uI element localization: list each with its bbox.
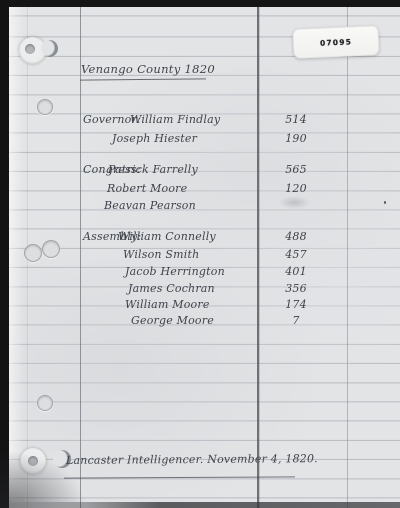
vote-count: 120 [272,182,320,195]
candidate-name: George Moore [131,314,214,327]
punch-hole-crescent-top [41,40,58,57]
vote-count: 457 [272,248,320,261]
entry-row: Assembly:William Connelly488 [0,230,400,249]
vote-count: 401 [272,265,320,278]
candidate-name: Jacob Herrington [125,265,225,278]
candidate-name: William Connelly [118,230,216,243]
scanned-ledger-page: Venango County 1820 Governor:William Fin… [0,0,400,508]
entry-row: Joseph Hiester190 [0,132,400,151]
erased-value-smudge [279,196,310,209]
page-title: Venango County 1820 [81,62,215,76]
candidate-name: Robert Moore [107,182,187,195]
candidate-name: Wilson Smith [123,248,199,261]
vote-count: 190 [272,132,320,145]
corner-shadow [0,448,90,508]
vote-count: 7 [272,314,320,327]
punch-hole-top [25,44,35,54]
candidate-name: Patrick Farrelly [108,163,198,176]
vote-count: 356 [272,282,320,295]
candidate-name: James Cochran [128,282,215,295]
punch-hole-4 [37,395,53,411]
candidate-name: Joseph Hiester [112,132,197,145]
entry-row: Congress:Patrick Farrelly565 [0,163,400,182]
entry-row: Wilson Smith457 [0,248,400,267]
vote-count: 565 [272,163,320,176]
scan-edge-top [0,0,400,7]
vote-count: 514 [272,113,320,126]
vote-count: 174 [272,298,320,311]
candidate-name: William Findlay [130,113,220,126]
catalog-sticker: 07095 [292,25,379,59]
candidate-name: Beavan Pearson [104,199,196,212]
entry-row: George Moore7 [0,314,400,333]
entry-row: Governor:William Findlay514 [0,113,400,132]
entry-row: Beavan Pearson [0,199,400,218]
scan-edge-left [0,0,9,508]
candidate-name: William Moore [125,298,210,311]
ink-speck [384,201,386,204]
entry-row: Robert Moore120 [0,182,400,201]
source-citation: Lancaster Intelligencer. November 4, 182… [66,452,318,467]
catalog-number: 07095 [320,37,352,47]
vote-count: 488 [272,230,320,243]
